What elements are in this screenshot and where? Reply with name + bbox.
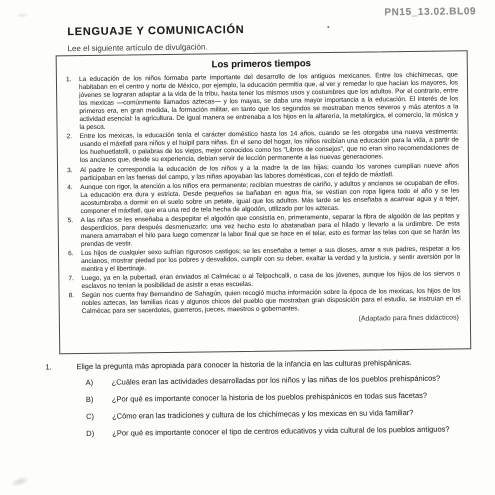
scan-speck-mark	[327, 26, 329, 28]
paragraph-text: A las niñas se les enseñaba a despepitar…	[81, 212, 460, 248]
article-box: Los primeros tiempos 1. La educación de …	[56, 50, 472, 354]
article-paragraph: 2. Entre los mexicas, la educación tenía…	[80, 129, 459, 166]
paragraph-number: 5.	[68, 217, 74, 225]
option-row-c: C) ¿Cómo eran las tradiciones y cultura …	[86, 407, 472, 422]
article-paragraph: 1. La educación de los niños formaba par…	[79, 71, 459, 132]
option-row-b: B) ¿Por qué es importante conocer la his…	[86, 390, 472, 405]
instruction-text: Lee el siguiente artículo de divulgación…	[68, 42, 208, 53]
scanned-page: PN15_13.02.BL09 LENGUAJE Y COMUNICACIÓN …	[0, 0, 495, 495]
paragraph-text: Al padre le correspondía la educación de…	[80, 162, 459, 182]
option-letter: D)	[86, 428, 112, 438]
paragraph-text: La educación de los niños formaba parte …	[79, 71, 459, 131]
article-paragraph-list: 1. La educación de los niños formaba par…	[65, 71, 461, 316]
article-paragraph: 6. Los hijos de cualquier sexo sufrían r…	[81, 245, 460, 274]
paragraph-text: Según nos cuenta fray Bernandino de Saha…	[82, 288, 461, 316]
article-credit: (Adaptado para fines didácticos)	[68, 315, 461, 327]
article-paragraph: 4. Aunque con rigor, la atención a los n…	[80, 179, 459, 216]
options-list: A) ¿Cuáles eran las actividades desarrol…	[86, 373, 473, 438]
paragraph-text: Los hijos de cualquier sexo sufrían rigu…	[81, 245, 460, 273]
section-heading: LENGUAJE Y COMUNICACIÓN	[67, 24, 244, 38]
option-row-d: D) ¿Por qué es importante conocer el tip…	[86, 424, 472, 439]
option-text: ¿Cuáles eran las actividades desarrollad…	[112, 373, 466, 387]
paragraph-text: Entre los mexicas, la educación tenía el…	[80, 129, 459, 165]
paragraph-number: 8.	[69, 292, 75, 300]
paragraph-number: 7.	[68, 275, 74, 283]
question-row: 1. Elige la pregunta más apropiada para …	[45, 357, 471, 372]
option-row-a: A) ¿Cuáles eran las actividades desarrol…	[86, 373, 472, 388]
article-paragraph: 8. Según nos cuenta fray Bernandino de S…	[82, 288, 461, 317]
paragraph-text: Aunque con rigor, la atención a los niño…	[80, 179, 459, 215]
option-letter: C)	[86, 411, 112, 421]
paragraph-number: 6.	[68, 250, 74, 258]
article-paragraph: 5. A las niñas se les enseñaba a despepi…	[81, 212, 460, 249]
option-text: ¿Por qué es importante conocer la histor…	[112, 390, 466, 404]
question-block: 1. Elige la pregunta más apropiada para …	[45, 357, 472, 446]
option-text: ¿Por qué es importante conocer el tipo d…	[112, 424, 466, 438]
option-letter: A)	[86, 378, 112, 388]
question-number: 1.	[45, 362, 76, 372]
option-text: ¿Cómo eran las tradiciones y cultura de …	[112, 407, 466, 421]
option-letter: B)	[86, 394, 112, 404]
paragraph-number: 4.	[67, 184, 73, 192]
question-text: Elige la pregunta más apropiada para con…	[76, 358, 428, 372]
document-code: PN15_13.02.BL09	[384, 6, 476, 18]
scan-smudge-top-mark	[15, 13, 29, 18]
paragraph-number: 1.	[66, 76, 72, 84]
paragraph-number: 3.	[67, 167, 73, 175]
paragraph-number: 2.	[67, 133, 73, 141]
article-title: Los primeros tiempos	[65, 56, 458, 72]
